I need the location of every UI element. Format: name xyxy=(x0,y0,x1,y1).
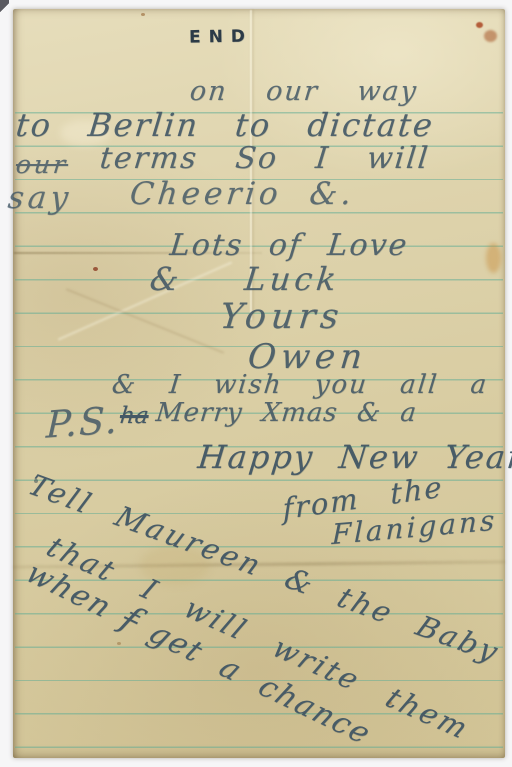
ps-label: P.S. xyxy=(45,398,119,446)
handwriting-line-yours: Yours xyxy=(218,297,346,337)
scan-corner-artifact xyxy=(0,0,9,13)
struck-word: ha xyxy=(119,403,150,429)
handwriting-line-terms: terms So I will xyxy=(98,141,431,176)
handwriting-line-wish: & I wish you all a xyxy=(110,370,489,400)
handwriting-line-berlin: to Berlin to dictate xyxy=(14,106,436,144)
struck-scribble: f xyxy=(114,599,148,640)
handwriting-line-luck: & Luck xyxy=(148,260,342,298)
handwriting-line-cheerio: Cheerio &. xyxy=(128,176,357,212)
handwriting-line-new-year: Happy New Year xyxy=(196,438,512,476)
handwriting-line-love: Lots of Love xyxy=(168,228,410,263)
handwriting-line-opening: on our way xyxy=(188,76,419,107)
handwriting-line-merry: Merry Xmas & a xyxy=(154,398,418,428)
struck-word: our xyxy=(14,150,69,179)
scanned-letter: END on our way to Berlin to dictate our … xyxy=(0,0,512,767)
handwriting-word-say: say xyxy=(6,180,74,216)
end-marker: END xyxy=(189,26,253,47)
